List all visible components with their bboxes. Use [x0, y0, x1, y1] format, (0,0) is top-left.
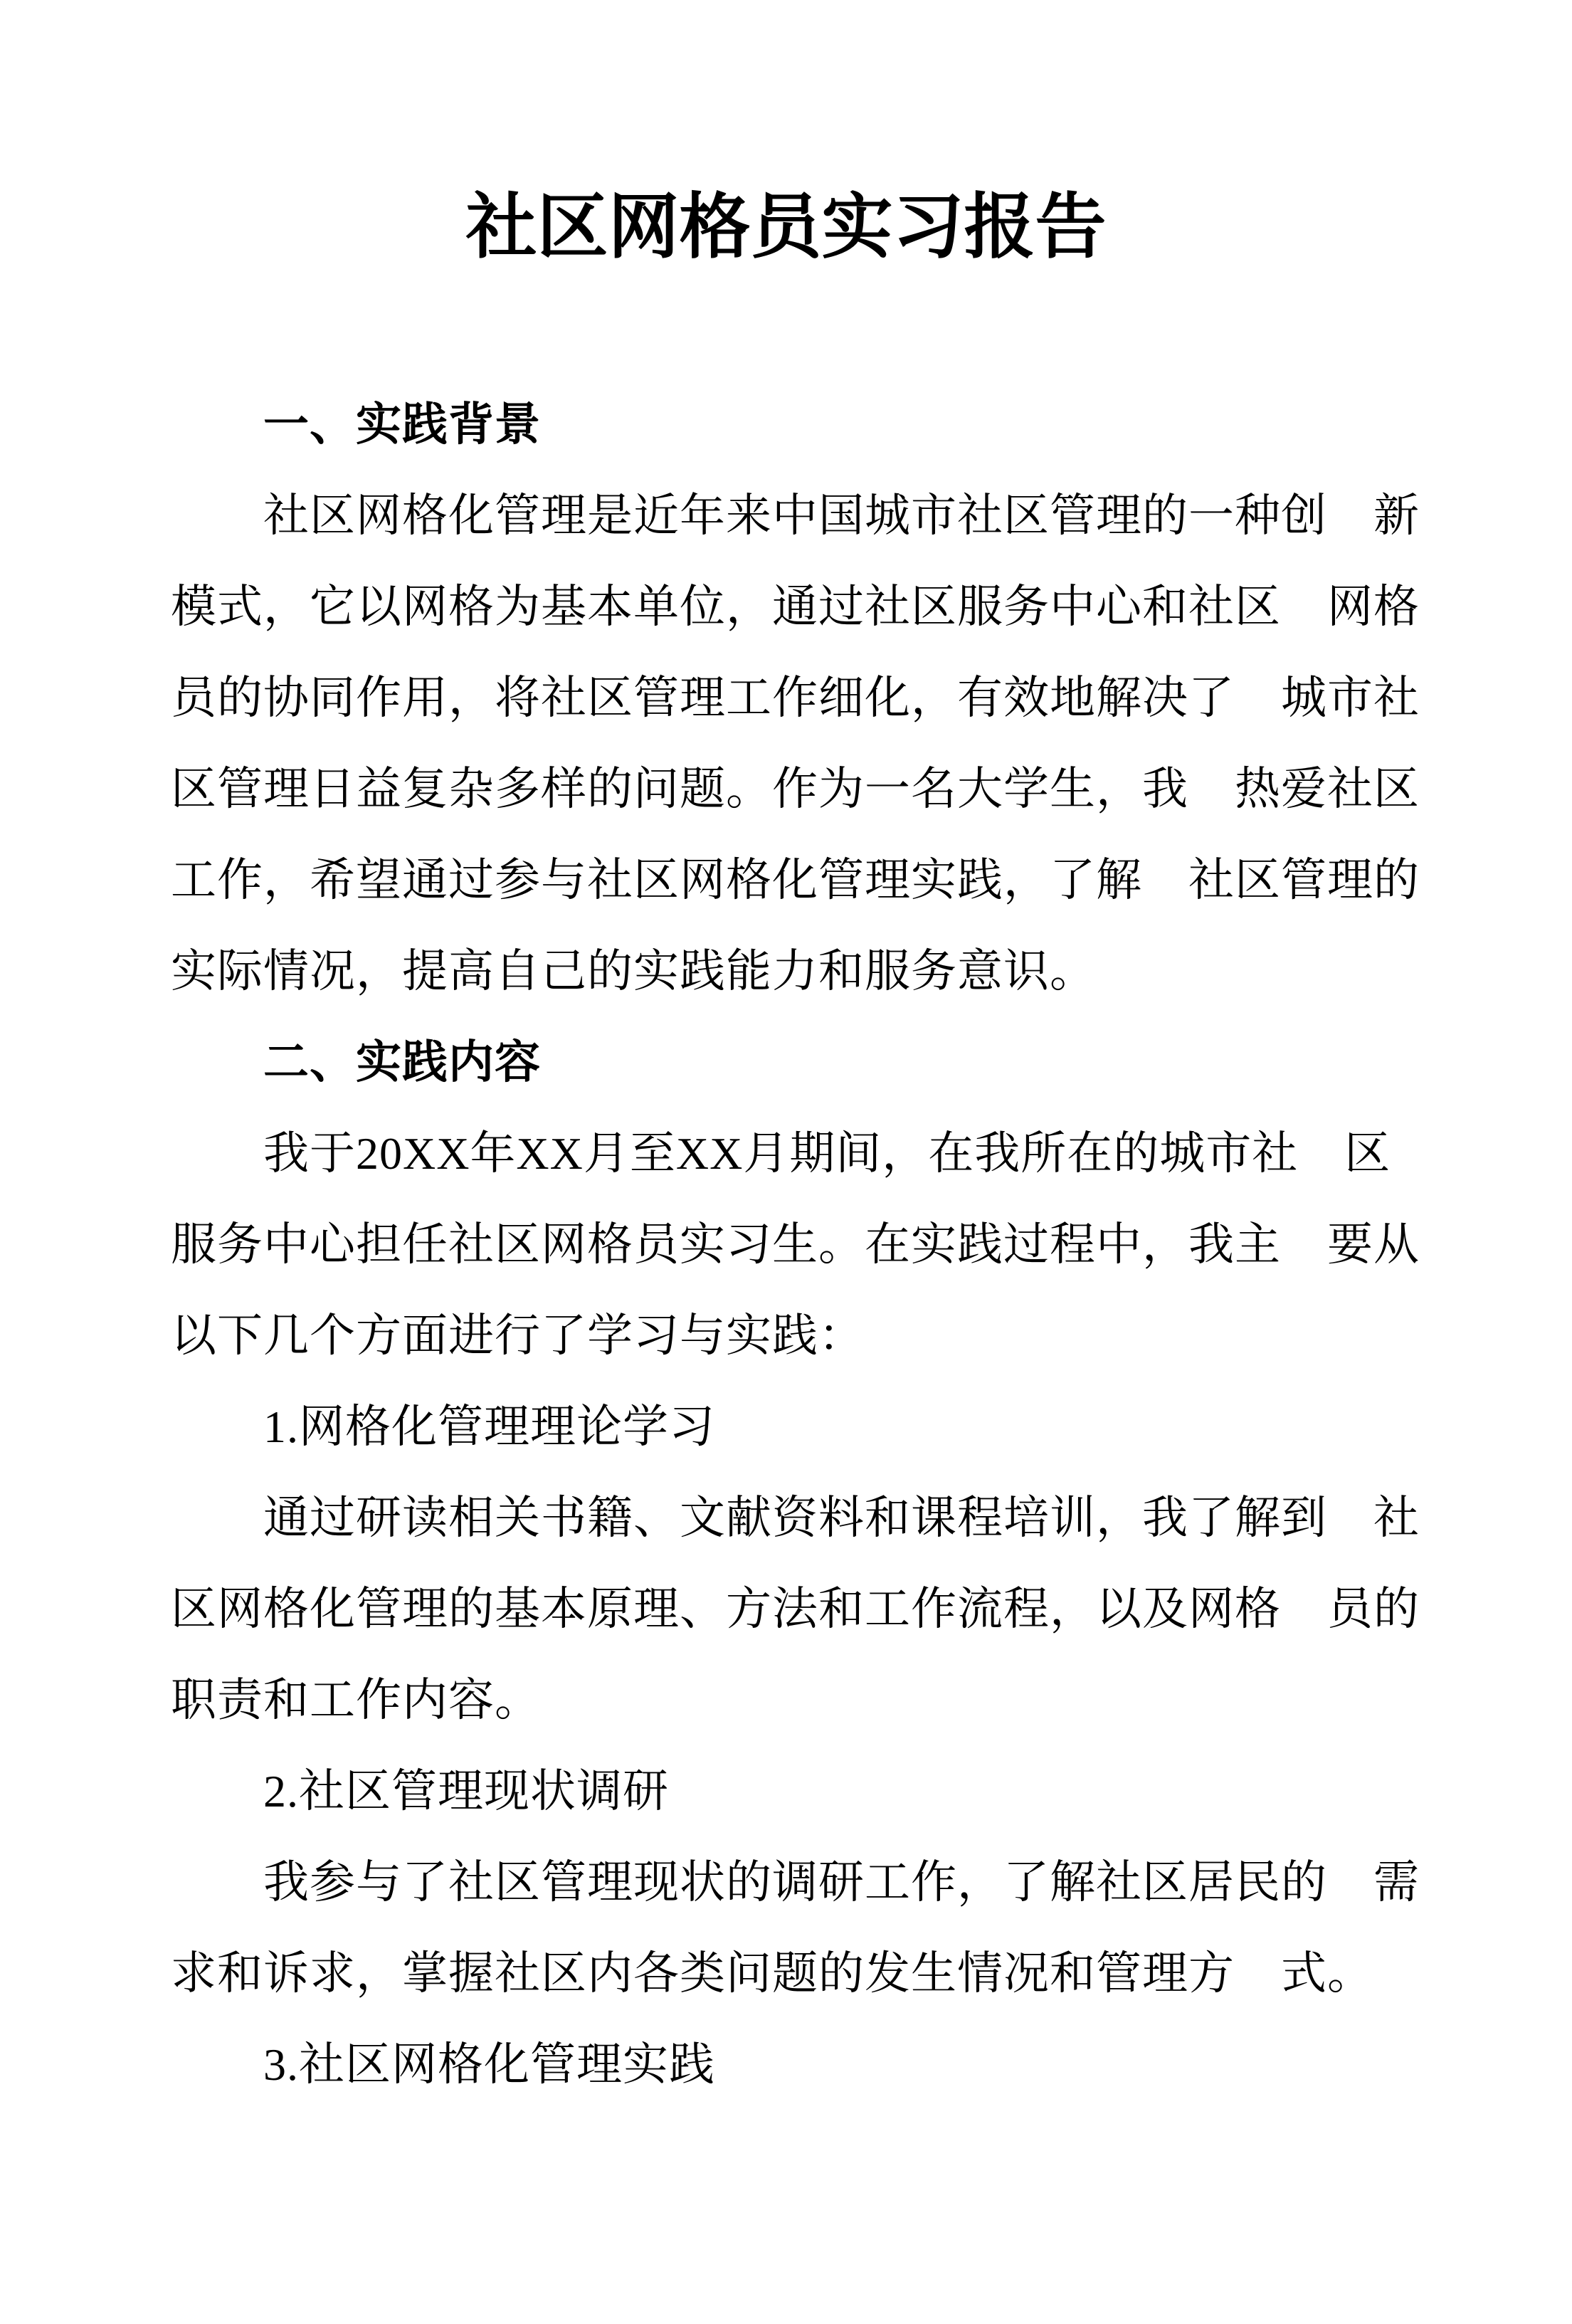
- text-line: 以下几个方面进行了学习与实践：: [171, 1290, 1401, 1382]
- text-line: 社区网格化管理是近年来中国城市社区管理的一种创 新: [171, 470, 1401, 562]
- list-item-1: 1.网格化管理理论学习: [171, 1382, 1401, 1473]
- section-heading-2: 二、实践内容: [171, 1017, 1401, 1108]
- text-line: 员的协同作用，将社区管理工作细化，有效地解决了 城市社: [171, 653, 1401, 744]
- text-line: 区网格化管理的基本原理、方法和工作流程，以及网格 员的: [171, 1564, 1401, 1655]
- document-page: 社区网格员实习报告 一、实践背景 社区网格化管理是近年来中国城市社区管理的一种创…: [0, 0, 1572, 2324]
- text-line: 职责和工作内容。: [171, 1655, 1401, 1746]
- document-body: 一、实践背景 社区网格化管理是近年来中国城市社区管理的一种创 新 模式，它以网格…: [171, 379, 1401, 2110]
- text-line: 区管理日益复杂多样的问题。作为一名大学生，我 热爱社区: [171, 744, 1401, 835]
- text-line: 模式，它以网格为基本单位，通过社区服务中心和社区 网格: [171, 562, 1401, 653]
- list-item-2: 2.社区管理现状调研: [171, 1746, 1401, 1837]
- document-title: 社区网格员实习报告: [171, 178, 1401, 278]
- text-line: 求和诉求，掌握社区内各类问题的发生情况和管理方 式。: [171, 1928, 1401, 2019]
- text-line: 通过研读相关书籍、文献资料和课程培训，我了解到 社: [171, 1473, 1401, 1564]
- section-heading-1: 一、实践背景: [171, 379, 1401, 470]
- text-line: 我参与了社区管理现状的调研工作，了解社区居民的 需: [171, 1837, 1401, 1928]
- text-line: 我于20XX年XX月至XX月期间，在我所在的城市社 区: [171, 1108, 1401, 1199]
- text-line: 实际情况，提高自己的实践能力和服务意识。: [171, 926, 1401, 1017]
- list-item-3: 3.社区网格化管理实践: [171, 2019, 1401, 2110]
- text-line: 工作，希望通过参与社区网格化管理实践，了解 社区管理的: [171, 835, 1401, 926]
- text-line: 服务中心担任社区网格员实习生。在实践过程中，我主 要从: [171, 1199, 1401, 1290]
